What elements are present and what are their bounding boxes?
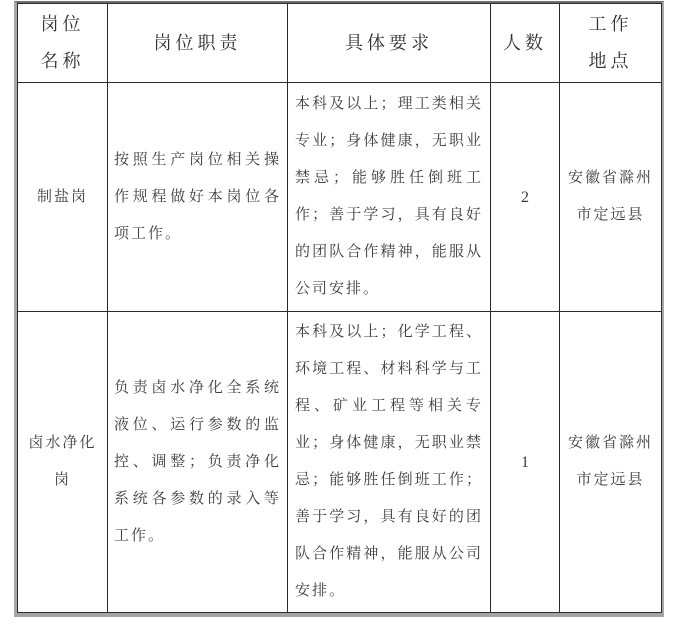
header-location: 工作 地点 xyxy=(560,4,662,83)
header-headcount: 人数 xyxy=(491,4,560,83)
duties-cell-row1: 按照生产岗位相关操作规程做好本岗位各项工作。 xyxy=(108,83,288,312)
header-requirements: 具体要求 xyxy=(288,4,491,83)
requirements-cell-row1: 本科及以上；理工类相关专业；身体健康，无职业禁忌；能够胜任倒班工作；善于学习，具… xyxy=(288,83,491,312)
recruitment-notice-page: 岗位 名称 岗位职责 具体要求 人数 工作 地点 制盐岗 按照生产岗位相关操作规… xyxy=(0,0,681,630)
requirements-cell-row2: 本科及以上；化学工程、环境工程、材料科学与工程、矿业工程等相关专业；身体健康，无… xyxy=(288,312,491,613)
header-duties: 岗位职责 xyxy=(108,4,288,83)
job-positions-table: 岗位 名称 岗位职责 具体要求 人数 工作 地点 制盐岗 按照生产岗位相关操作规… xyxy=(17,3,662,613)
location-cell-row1: 安徽省滁州市定远县 xyxy=(560,83,662,312)
position-name-cell-row2: 卤水净化岗 xyxy=(18,312,108,613)
location-cell-row2: 安徽省滁州市定远县 xyxy=(560,312,662,613)
table-header-row: 岗位 名称 岗位职责 具体要求 人数 工作 地点 xyxy=(18,4,662,83)
headcount-cell-row1: 2 xyxy=(491,83,560,312)
table-row-salt-production: 制盐岗 按照生产岗位相关操作规程做好本岗位各项工作。 本科及以上；理工类相关专业… xyxy=(18,83,662,312)
header-position-name: 岗位 名称 xyxy=(18,4,108,83)
position-name-cell-row1: 制盐岗 xyxy=(18,83,108,312)
headcount-cell-row2: 1 xyxy=(491,312,560,613)
table-row-brine-purification: 卤水净化岗 负责卤水净化全系统液位、运行参数的监控、调整；负责净化系统各参数的录… xyxy=(18,312,662,613)
job-table-frame: 岗位 名称 岗位职责 具体要求 人数 工作 地点 制盐岗 按照生产岗位相关操作规… xyxy=(14,1,664,617)
duties-cell-row2: 负责卤水净化全系统液位、运行参数的监控、调整；负责净化系统各参数的录入等工作。 xyxy=(108,312,288,613)
